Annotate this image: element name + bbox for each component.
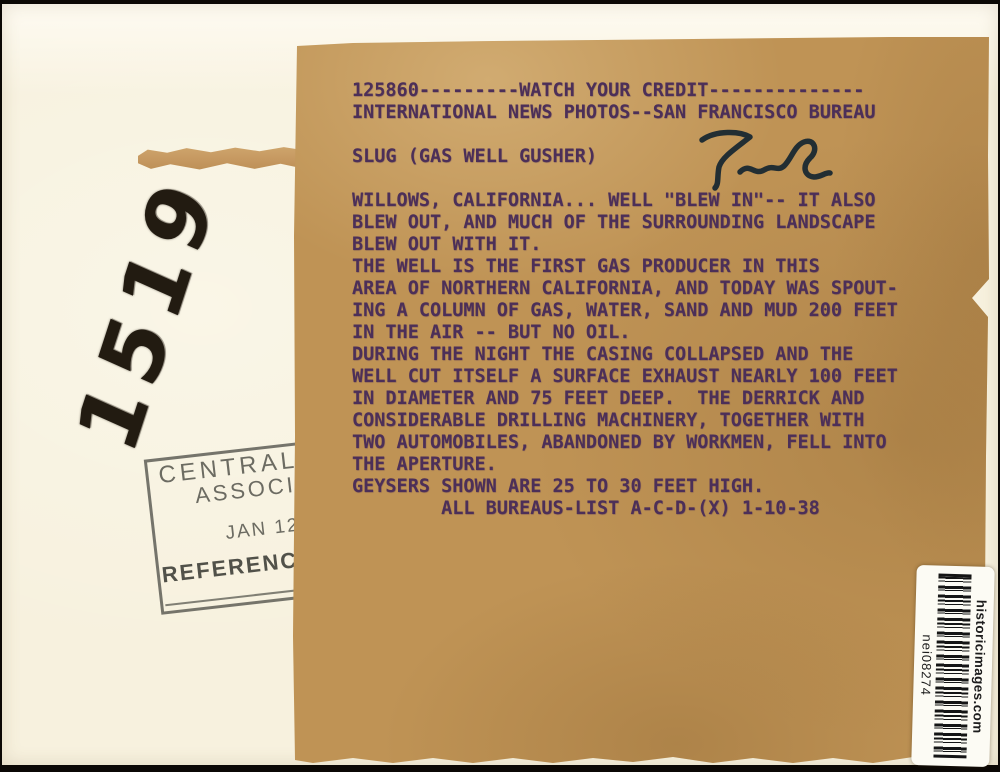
stamp-date: JAN 12 bbox=[224, 515, 300, 545]
photo-back-scan: 1519 CENTRAL ASSOCIA JAN 12 REFERENC 125… bbox=[0, 0, 1000, 772]
edit-mark-ink-drawing bbox=[688, 122, 868, 200]
stamp-reference-label: REFERENC bbox=[160, 547, 299, 588]
sticker-website-text: historicimages.com bbox=[970, 600, 989, 734]
barcode-icon bbox=[934, 574, 972, 759]
barcode-label: historicimages.com nei08274 bbox=[914, 569, 991, 763]
sticker-item-id: nei08274 bbox=[918, 634, 935, 696]
archive-barcode-sticker: historicimages.com nei08274 bbox=[911, 565, 995, 767]
handwritten-edit-mark bbox=[688, 122, 868, 200]
